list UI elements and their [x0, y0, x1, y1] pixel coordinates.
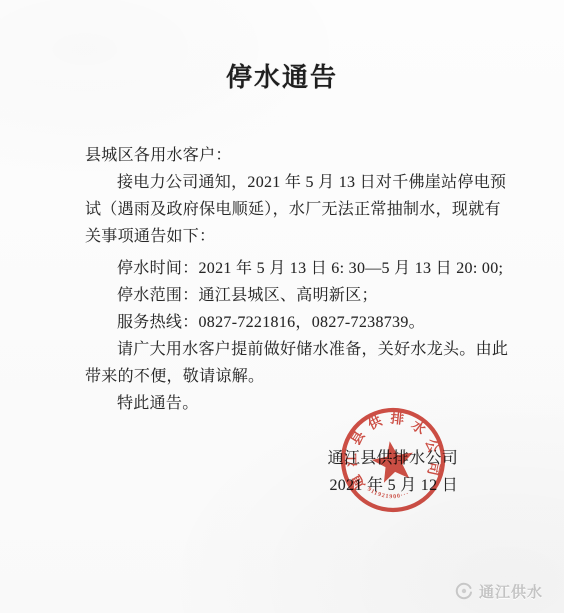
- seal-arc-char: 江: [344, 453, 359, 468]
- notice-line: 带来的不便，敬请谅解。: [85, 363, 485, 390]
- notice-title: 停水通告: [0, 0, 564, 94]
- notice-line: 接电力公司通知，2021 年 5 月 13 日对千佛崖站停电预: [85, 169, 485, 196]
- seal-arc-char: 司: [425, 461, 443, 478]
- seal-star: [369, 438, 417, 484]
- water-company-logo-icon: [454, 581, 474, 601]
- notice-document: 停水通告 县城区各用水客户： 接电力公司通知，2021 年 5 月 13 日对千…: [0, 0, 564, 613]
- watermark: 通江供水: [454, 579, 543, 603]
- notice-line: 关事项通告如下：: [85, 223, 485, 250]
- seal-arc-char: 公: [423, 437, 442, 455]
- outage-time-line: 停水时间：2021 年 5 月 13 日 6: 30—5 月 13 日 20: …: [85, 255, 485, 282]
- seal-arc-char: 排: [390, 410, 406, 427]
- official-seal-stamp: 通 江 县 供 排 水 公 司 911921900···: [333, 400, 453, 520]
- seal-code: 911921900···: [365, 480, 410, 505]
- watermark-text: 通江供水: [479, 581, 543, 602]
- outage-scope-line: 停水范围：通江县城区、高明新区；: [85, 282, 485, 309]
- salutation-line: 县城区各用水客户：: [85, 142, 485, 169]
- seal-arc-char: 水: [409, 416, 430, 437]
- service-hotline-line: 服务热线：0827-7221816，0827-7238739。: [85, 309, 485, 336]
- notice-line: 请广大用水客户提前做好储水准备，关好水龙头。由此: [85, 336, 485, 363]
- notice-line: 试（遇雨及政府保电顺延），水厂无法正常抽制水，现就有: [85, 196, 485, 223]
